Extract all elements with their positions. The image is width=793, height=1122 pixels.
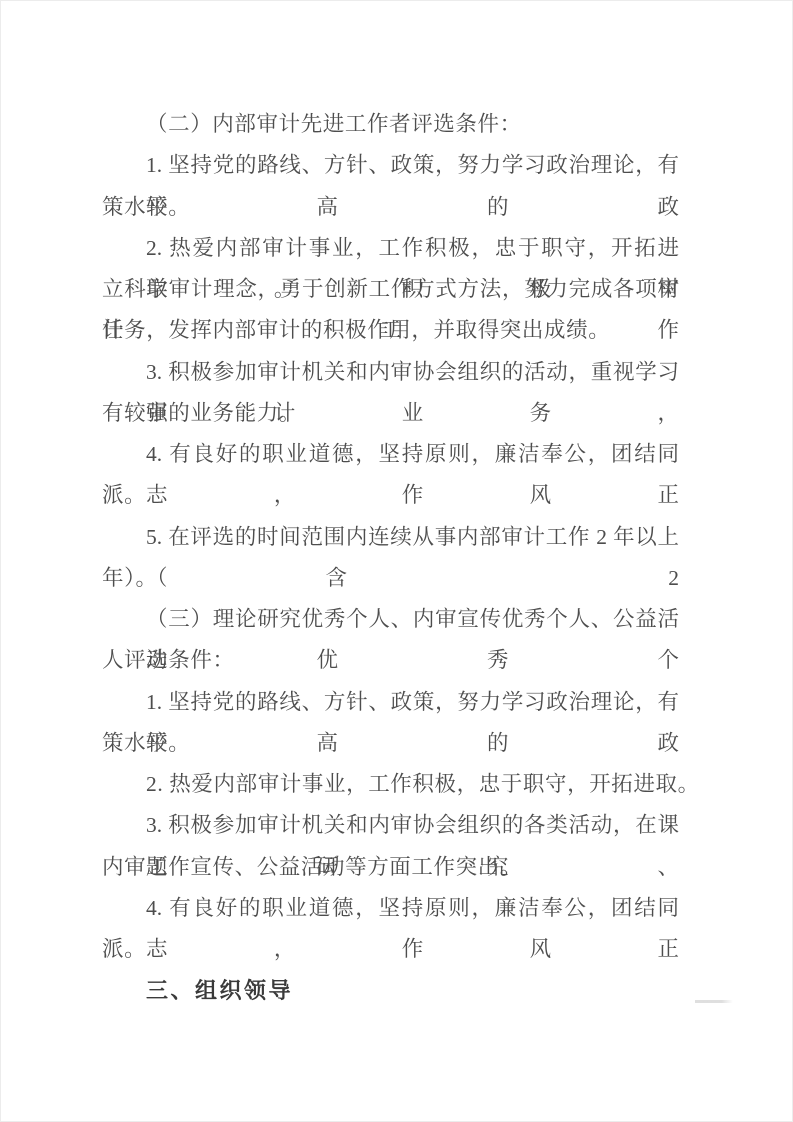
text-line: 任务，发挥内部审计的积极作用，并取得突出成绩。 — [102, 310, 679, 351]
text-line: 立科学审计理念，勇于创新工作方式方法，努力完成各项审计工作 — [102, 269, 679, 310]
text-line: 1. 坚持党的路线、方针、政策，努力学习政治理论，有较高的政 — [102, 682, 679, 723]
section-heading: 三、组织领导 — [102, 970, 679, 1011]
document-text-block: （二）内部审计先进工作者评选条件： 1. 坚持党的路线、方针、政策，努力学习政治… — [102, 104, 679, 1012]
scan-artifact — [695, 1000, 733, 1003]
document-page: （二）内部审计先进工作者评选条件： 1. 坚持党的路线、方针、政策，努力学习政治… — [0, 0, 793, 1122]
text-line: 3. 积极参加审计机关和内审协会组织的各类活动，在课题研究、 — [102, 805, 679, 846]
text-line: 2. 热爱内部审计事业，工作积极，忠于职守，开拓进取。积极树 — [102, 228, 679, 269]
text-line: 4. 有良好的职业道德，坚持原则，廉洁奉公，团结同志，作风正 — [102, 888, 679, 929]
text-line: 1. 坚持党的路线、方针、政策，努力学习政治理论，有较高的政 — [102, 145, 679, 186]
text-line: 5. 在评选的时间范围内连续从事内部审计工作 2 年以上（含 2 — [102, 517, 679, 558]
text-line: 2. 热爱内部审计事业，工作积极，忠于职守，开拓进取。 — [102, 764, 679, 805]
subsection-heading-line: （二）内部审计先进工作者评选条件： — [102, 104, 679, 145]
text-line: 4. 有良好的职业道德，坚持原则，廉洁奉公，团结同志，作风正 — [102, 434, 679, 475]
subsection-heading-line: （三）理论研究优秀个人、内审宣传优秀个人、公益活动优秀个 — [102, 599, 679, 640]
text-line: 3. 积极参加审计机关和内审协会组织的活动，重视学习审计业务， — [102, 352, 679, 393]
